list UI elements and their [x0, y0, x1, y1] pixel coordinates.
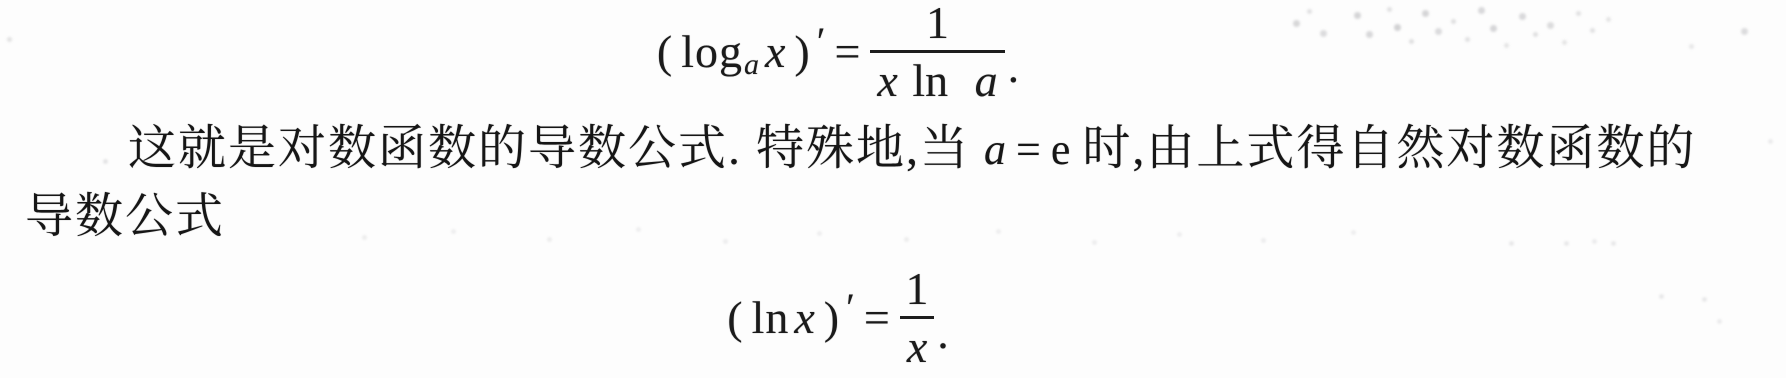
prime-mark: ′ [846, 288, 855, 328]
paragraph-line-2: 导数公式 [25, 183, 1770, 250]
prime-mark: ′ [817, 22, 826, 62]
paragraph-line-1: 这就是对数函数的导数公式. 特殊地,当a=e时,由上式得自然对数函数的 [25, 115, 1770, 183]
close-paren: ) [824, 295, 839, 341]
close-paren: ) [794, 29, 809, 75]
formula-ln-derivative: ( ln x ) ′ = 1 x . [0, 266, 1731, 370]
ln-function: ln [912, 55, 948, 106]
inline-const-e: e [1051, 125, 1071, 174]
log-argument: x [765, 29, 785, 75]
body-paragraph: 这就是对数函数的导数公式. 特殊地,当a=e时,由上式得自然对数函数的 导数公式 [25, 115, 1770, 250]
line2-text: 导数公式 [25, 190, 225, 243]
log-base-subscript: a [744, 50, 759, 80]
inline-equals: = [1016, 125, 1041, 174]
denominator-base-a: a [975, 55, 998, 106]
line1-text-pre: 这就是对数函数的导数公式. 特殊地,当 [128, 122, 970, 175]
fraction-numerator: 1 [902, 266, 933, 316]
denominator-var-x: x [877, 55, 897, 106]
end-period: . [1008, 44, 1020, 90]
equals-sign: = [834, 29, 860, 75]
end-period: . [937, 310, 949, 356]
formula-log-derivative: ( log a x ) ′ = 1 x ln a . [0, 0, 1731, 104]
fraction: 1 x [900, 266, 934, 370]
log-function: log [681, 29, 743, 75]
ln-argument: x [794, 295, 814, 341]
denominator-var-x: x [907, 321, 927, 372]
line1-text-post: 时,由上式得自然对数函数的 [1082, 122, 1696, 175]
fraction-denominator: x [900, 316, 934, 370]
open-paren: ( [727, 295, 742, 341]
ln-function: ln [752, 295, 790, 341]
equals-sign: = [864, 295, 890, 341]
inline-var-a: a [984, 125, 1006, 174]
open-paren: ( [657, 29, 672, 75]
fraction: 1 x ln a [870, 0, 1004, 104]
fraction-denominator: x ln a [870, 50, 1004, 104]
scanned-textbook-page: ( log a x ) ′ = 1 x ln a . 这就是对数函数的导数公式.… [0, 0, 1786, 378]
fraction-numerator: 1 [922, 0, 953, 50]
